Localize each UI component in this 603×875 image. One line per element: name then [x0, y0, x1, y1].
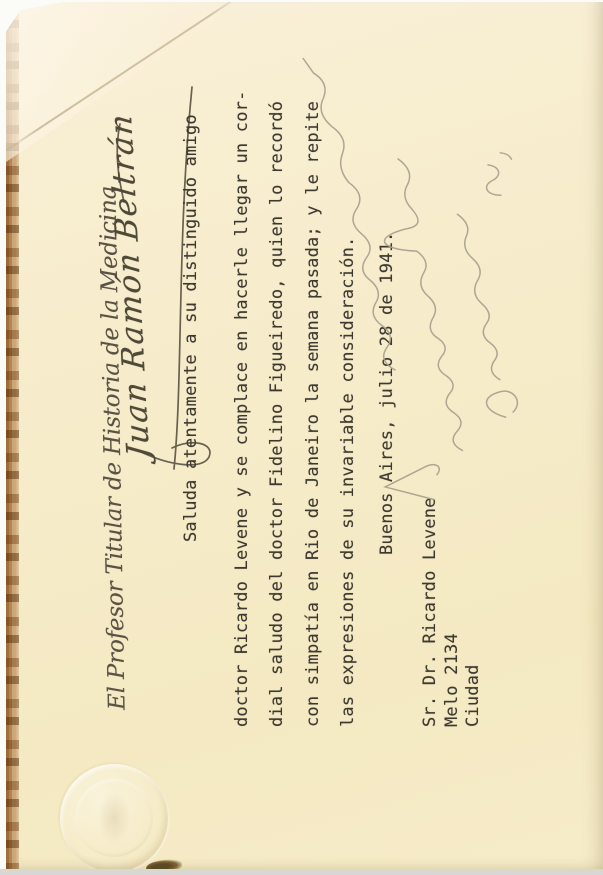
typed-line-4: con simpatía en Rio de Janeiro la semana… — [303, 101, 323, 727]
embossed-seal — [60, 764, 168, 872]
scanner-edge-strip — [0, 869, 603, 875]
typed-line-1: Saluda atentamente a su distinguido amig… — [181, 114, 201, 542]
recipient-city: Ciudad — [463, 497, 485, 727]
letter-content-rotated: El Profesor Titular de Historia de la Me… — [60, 40, 560, 760]
embossed-seal-emblem — [98, 792, 130, 844]
recipient-name: Sr. Dr. Ricardo Levene — [420, 497, 442, 727]
letter-paper: El Profesor Titular de Historia de la Me… — [6, 2, 603, 869]
typed-line-2: doctor Ricardo Levene y se complace en h… — [232, 90, 252, 727]
recipient-block: Sr. Dr. Ricardo Levene Melo 2134 Ciudad — [420, 497, 485, 727]
scanned-letter-screenshot: { "letter": { "letterhead": "El Profesor… — [0, 0, 603, 875]
typed-line-3: dial saludo del doctor Fidelino Figueire… — [267, 101, 287, 727]
recipient-street: Melo 2134 — [442, 497, 464, 727]
